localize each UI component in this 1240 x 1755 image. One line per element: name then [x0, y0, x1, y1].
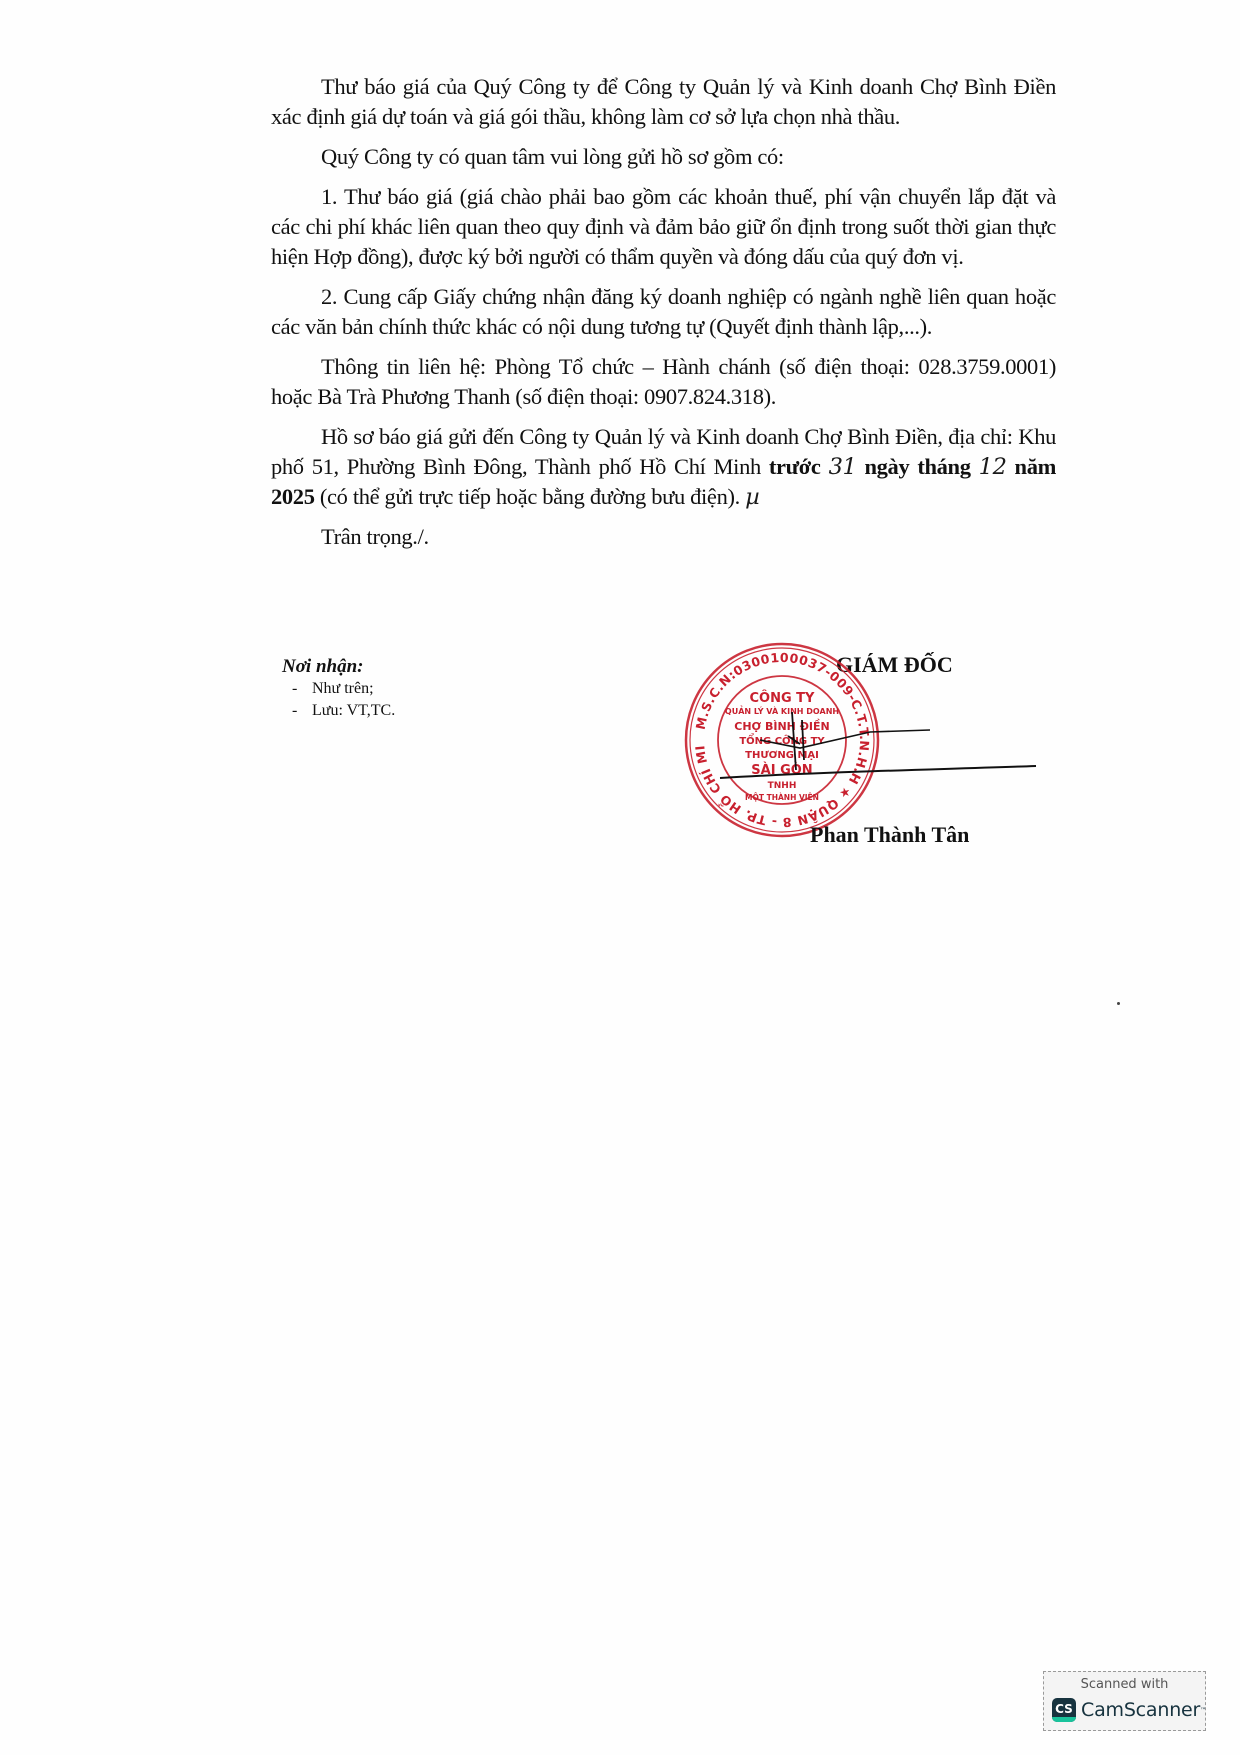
- handwritten-month: 12: [979, 454, 1007, 480]
- watermark-caption: Scanned with: [1044, 1677, 1205, 1692]
- signer-name: Phan Thành Tân: [810, 822, 969, 848]
- trademark-symbol: ™: [1200, 1707, 1206, 1714]
- recipient-item: -Như trên;: [282, 678, 395, 700]
- submission-deadline-day-word: ngày tháng: [857, 454, 979, 479]
- recipients-block: Nơi nhận: -Như trên; -Lưu: VT,TC.: [282, 656, 395, 722]
- paragraph-purpose: Thư báo giá của Quý Công ty để Công ty Q…: [271, 72, 1056, 132]
- recipients-title: Nơi nhận:: [282, 656, 395, 678]
- handwritten-signature-icon: [700, 700, 1040, 800]
- paragraph-item-1: 1. Thư báo giá (giá chào phải bao gồm cá…: [271, 182, 1056, 272]
- paragraph-item-2: 2. Cung cấp Giấy chứng nhận đăng ký doan…: [271, 282, 1056, 342]
- letter-body: Thư báo giá của Quý Công ty để Công ty Q…: [271, 72, 1056, 552]
- recipient-item: -Lưu: VT,TC.: [282, 700, 395, 722]
- paragraph-request: Quý Công ty có quan tâm vui lòng gửi hồ …: [271, 142, 1056, 172]
- paragraph-contact: Thông tin liên hệ: Phòng Tổ chức – Hành …: [271, 352, 1056, 412]
- scan-artifact: [1117, 1002, 1120, 1005]
- submission-tail: (có thể gửi trực tiếp hoặc bằng đường bư…: [315, 484, 740, 509]
- camscanner-logo-icon: CS: [1052, 1698, 1076, 1722]
- paragraph-submission: Hồ sơ báo giá gửi đến Công ty Quản lý và…: [271, 422, 1056, 512]
- handwritten-day: 31: [829, 454, 857, 480]
- document-page: Thư báo giá của Quý Công ty để Công ty Q…: [0, 0, 1240, 1755]
- submission-deadline-prefix: trước: [769, 454, 829, 479]
- closing-text: Trân trọng./.: [271, 522, 1056, 552]
- watermark-brand: CS CamScanner™: [1052, 1698, 1206, 1722]
- watermark-brand-name: CamScanner: [1081, 1699, 1200, 1721]
- camscanner-watermark: Scanned with CS CamScanner™: [1043, 1671, 1206, 1731]
- handwritten-initials: µ: [745, 484, 759, 510]
